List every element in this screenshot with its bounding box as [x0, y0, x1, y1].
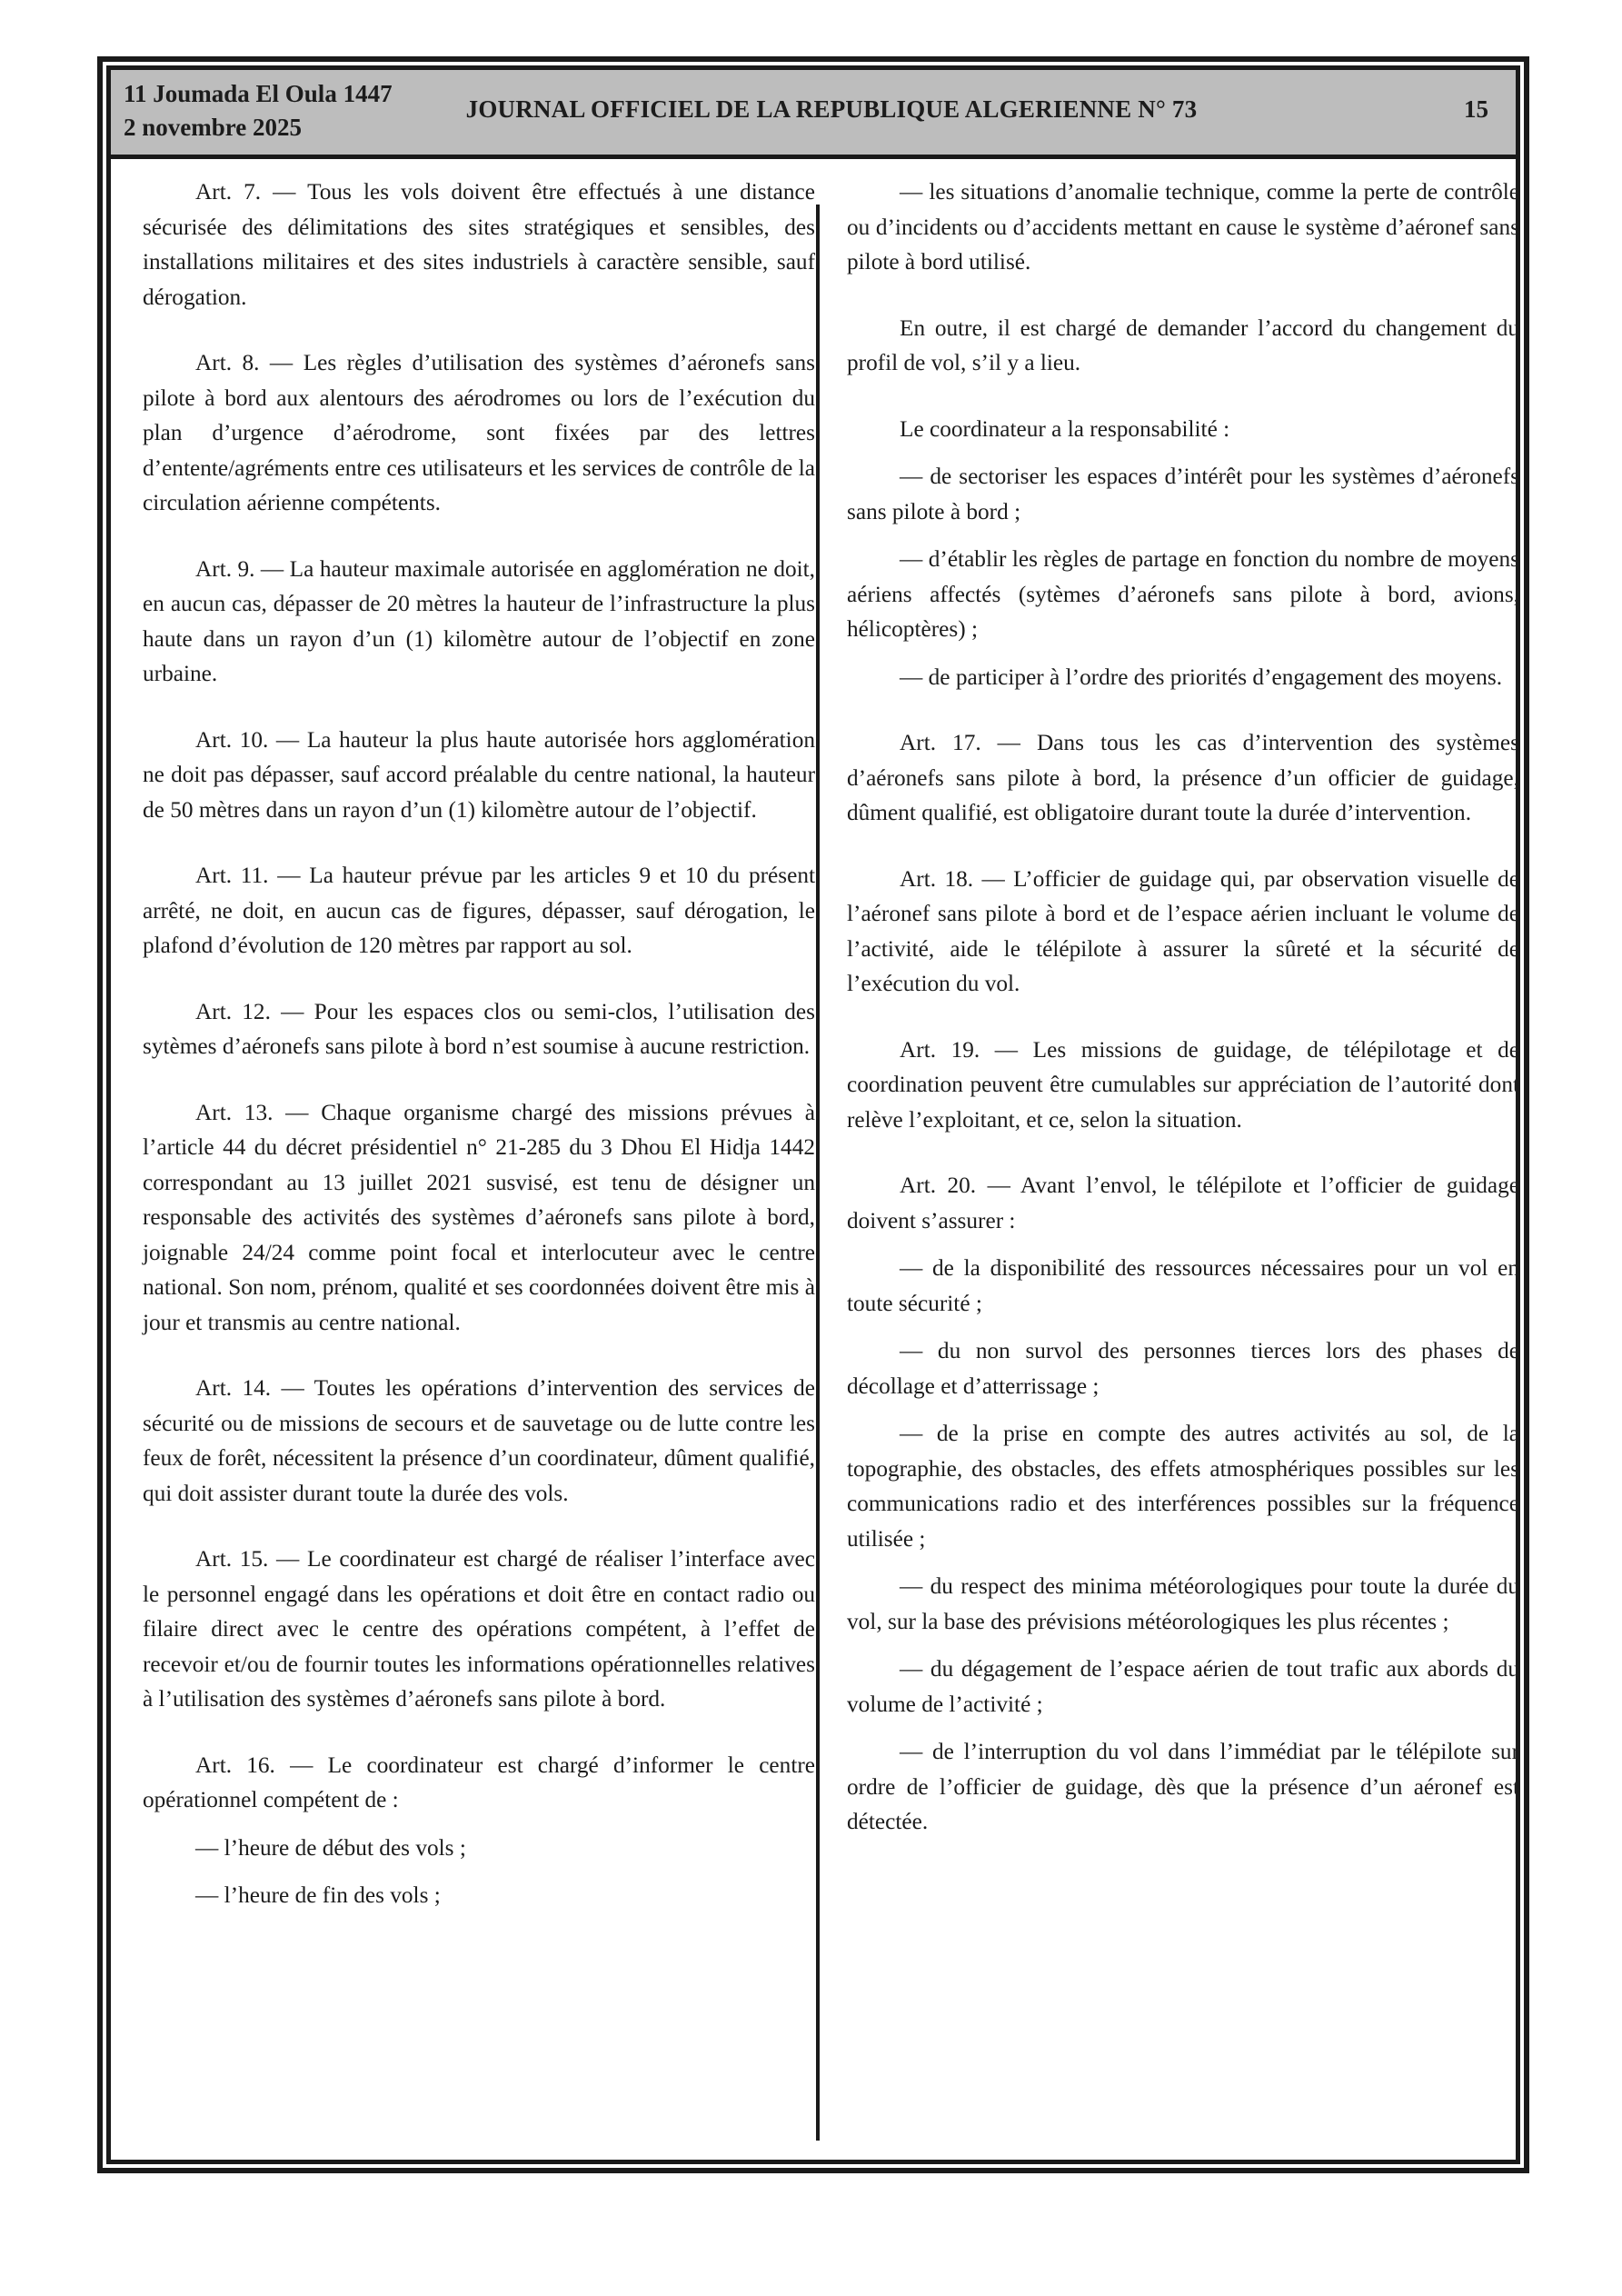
paragraph: — du non survol des personnes tierces lo… [847, 1333, 1519, 1403]
paragraph: Art. 7. — Tous les vols doivent être eff… [143, 175, 815, 314]
paragraph: Art. 9. — La hauteur maximale autorisée … [143, 552, 815, 692]
paragraph: — l’heure de début des vols ; [143, 1831, 815, 1866]
paragraph: — du respect des minima météorologiques … [847, 1569, 1519, 1639]
page-number: 15 [1464, 95, 1488, 124]
paragraph: Art. 15. — Le coordinateur est chargé de… [143, 1542, 815, 1717]
column-divider [816, 205, 820, 2141]
page-header: 11 Joumada El Oula 1447 2 novembre 2025 … [111, 70, 1516, 159]
paragraph: Art. 14. — Toutes les opérations d’inter… [143, 1371, 815, 1511]
left-column: Art. 7. — Tous les vols doivent être eff… [143, 175, 815, 1913]
paragraph: Art. 10. — La hauteur la plus haute auto… [143, 723, 815, 828]
paragraph: Art. 12. — Pour les espaces clos ou semi… [143, 994, 815, 1064]
page-frame-inner: 11 Joumada El Oula 1447 2 novembre 2025 … [106, 65, 1520, 2164]
journal-title: JOURNAL OFFICIEL DE LA REPUBLIQUE ALGERI… [111, 95, 1516, 124]
page-frame-outer: 11 Joumada El Oula 1447 2 novembre 2025 … [97, 56, 1529, 2173]
paragraph: Le coordinateur a la responsabilité : [847, 412, 1519, 447]
paragraph: — de l’interruption du vol dans l’immédi… [847, 1734, 1519, 1840]
paragraph: — du dégagement de l’espace aérien de to… [847, 1652, 1519, 1722]
paragraph: Art. 19. — Les missions de guidage, de t… [847, 1033, 1519, 1138]
paragraph: — d’établir les règles de partage en fon… [847, 542, 1519, 647]
paragraph: — de la prise en compte des autres activ… [847, 1416, 1519, 1556]
paragraph: Art. 20. — Avant l’envol, le télépilote … [847, 1168, 1519, 1238]
paragraph: Art. 11. — La hauteur prévue par les art… [143, 858, 815, 963]
right-column: — les situations d’anomalie technique, c… [847, 175, 1519, 1840]
paragraph: — l’heure de fin des vols ; [143, 1878, 815, 1913]
paragraph: Art. 16. — Le coordinateur est chargé d’… [143, 1748, 815, 1818]
paragraph: Art. 8. — Les règles d’utilisation des s… [143, 345, 815, 521]
paragraph: En outre, il est chargé de demander l’ac… [847, 311, 1519, 381]
paragraph: — de la disponibilité des ressources néc… [847, 1251, 1519, 1321]
paragraph: Art. 18. — L’officier de guidage qui, pa… [847, 862, 1519, 1002]
paragraph: — de participer à l’ordre des priorités … [847, 660, 1519, 695]
paragraph: — les situations d’anomalie technique, c… [847, 175, 1519, 280]
paragraph: — de sectoriser les espaces d’intérêt po… [847, 459, 1519, 529]
paragraph: Art. 17. — Dans tous les cas d’intervent… [847, 725, 1519, 831]
paragraph: Art. 13. — Chaque organisme chargé des m… [143, 1095, 815, 1341]
